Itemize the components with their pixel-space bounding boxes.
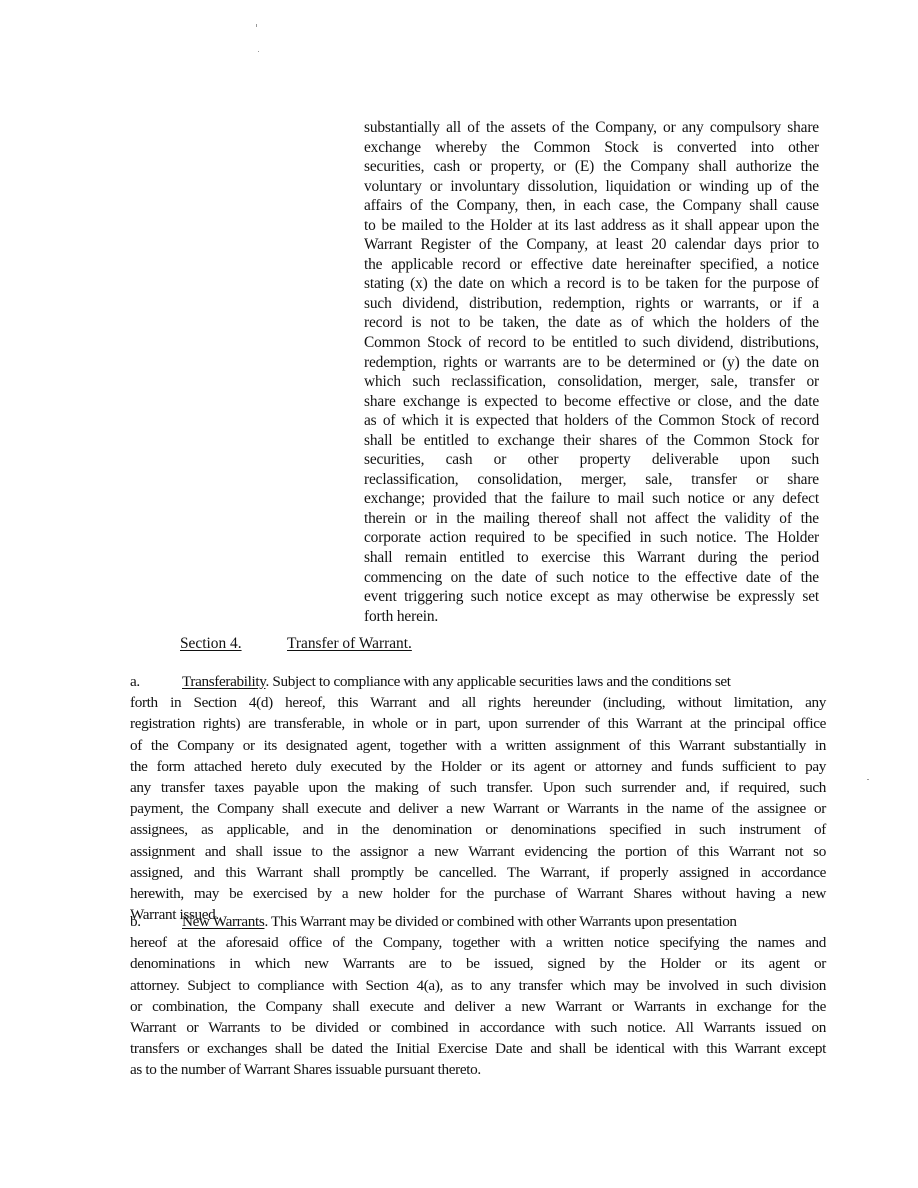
paragraph-marker: a. [130, 671, 182, 692]
text-line: assignees, as applicable, and in the den… [130, 819, 826, 840]
text-line: hereof at the aforesaid office of the Co… [130, 932, 826, 953]
text-line: shall remain entitled to exercise this W… [364, 548, 819, 568]
text-line: Warrant or Warrants to be divided or com… [130, 1017, 826, 1038]
text-line: share exchange is expected to become eff… [364, 392, 819, 412]
text-line: securities, cash or other property deliv… [364, 450, 819, 470]
text-run: . This Warrant may be divided or combine… [264, 913, 736, 930]
text-line: record is not to be taken, the date as o… [364, 313, 819, 333]
text-run: . Subject to compliance with any applica… [265, 673, 730, 690]
section-title: Transfer of Warrant. [287, 634, 412, 654]
text-line: or combination, the Company shall execut… [130, 996, 826, 1017]
text-line: such dividend, distribution, redemption,… [364, 294, 819, 314]
text-line: forth in Section 4(d) hereof, this Warra… [130, 692, 826, 713]
scan-speck [256, 24, 257, 27]
text-line: any transfer taxes payable upon the maki… [130, 777, 826, 798]
text-line: the applicable record or effective date … [364, 255, 819, 275]
paragraph-marker: b. [130, 911, 182, 932]
text-line: transfers or exchanges shall be dated th… [130, 1038, 826, 1059]
paragraph-transferability: a.Transferability. Subject to compliance… [130, 671, 826, 925]
paragraph-heading: Transferability [182, 673, 265, 690]
text-line: shall be entitled to exchange their shar… [364, 431, 819, 451]
text-line: redemption, rights or warrants are to be… [364, 353, 819, 373]
text-line: voluntary or involuntary dissolution, li… [364, 177, 819, 197]
text-line: stating (x) the date on which a record i… [364, 274, 819, 294]
text-line: securities, cash or property, or (E) the… [364, 157, 819, 177]
document-page: substantially all of the assets of the C… [0, 0, 918, 1188]
text-line: exchange; provided that the failure to m… [364, 489, 819, 509]
text-line: denominations in which new Warrants are … [130, 953, 826, 974]
text-line: affairs of the Company, then, in each ca… [364, 196, 819, 216]
scan-speck [258, 51, 259, 52]
scan-speck [867, 779, 869, 780]
text-line: registration rights) are transferable, i… [130, 713, 826, 734]
text-line: Warrant Register of the Company, at leas… [364, 235, 819, 255]
text-line: Common Stock of record to be entitled to… [364, 333, 819, 353]
text-line: of the Company or its designated agent, … [130, 735, 826, 756]
text-line: commencing on the date of such notice to… [364, 568, 819, 588]
text-line: attorney. Subject to compliance with Sec… [130, 975, 826, 996]
text-line: therein or in the mailing thereof shall … [364, 509, 819, 529]
text-line: forth herein. [364, 607, 819, 627]
text-line: reclassification, consolidation, merger,… [364, 470, 819, 490]
text-line: substantially all of the assets of the C… [364, 118, 819, 138]
paragraph-heading: New Warrants [182, 913, 264, 930]
text-line: herewith, may be exercised by a new hold… [130, 883, 826, 904]
text-line: event triggering such notice except as m… [364, 587, 819, 607]
section-number: Section 4. [180, 634, 242, 654]
text-line: to be mailed to the Holder at its last a… [364, 216, 819, 236]
text-line: as of which it is expected that holders … [364, 411, 819, 431]
text-line: as to the number of Warrant Shares issua… [130, 1059, 826, 1080]
text-line: the form attached hereto duly executed b… [130, 756, 826, 777]
text-line: exchange whereby the Common Stock is con… [364, 138, 819, 158]
paragraph-first-line: b.New Warrants. This Warrant may be divi… [130, 911, 826, 932]
text-line: payment, the Company shall execute and d… [130, 798, 826, 819]
paragraph-new-warrants: b.New Warrants. This Warrant may be divi… [130, 911, 826, 1081]
paragraph-first-line: a.Transferability. Subject to compliance… [130, 671, 826, 692]
text-line: assignment and shall issue to the assign… [130, 841, 826, 862]
text-line: assigned, and this Warrant shall promptl… [130, 862, 826, 883]
continued-paragraph: substantially all of the assets of the C… [364, 118, 819, 626]
text-line: corporate action required to be specifie… [364, 528, 819, 548]
text-line: which such reclassification, consolidati… [364, 372, 819, 392]
